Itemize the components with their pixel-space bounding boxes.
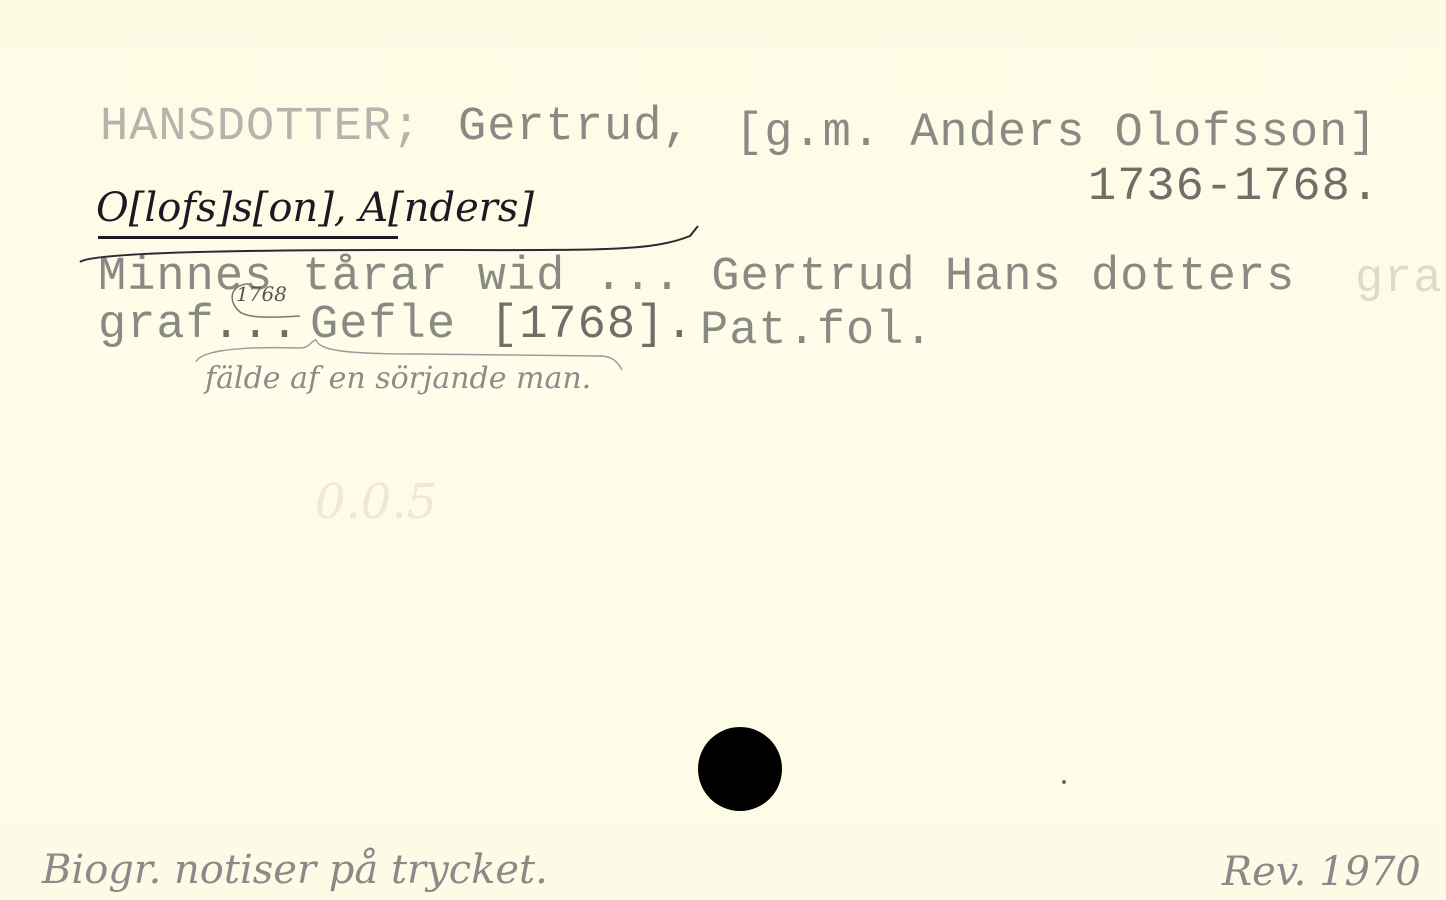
footer-left-note: Biogr. notiser på trycket. [42,850,548,890]
speck [1062,780,1066,784]
catalog-card: HANSDOTTER; Gertrud, [g.m. Anders Olofss… [0,0,1446,900]
punch-hole [698,727,782,811]
footer-right-note: Rev. 1970 [1222,852,1421,892]
